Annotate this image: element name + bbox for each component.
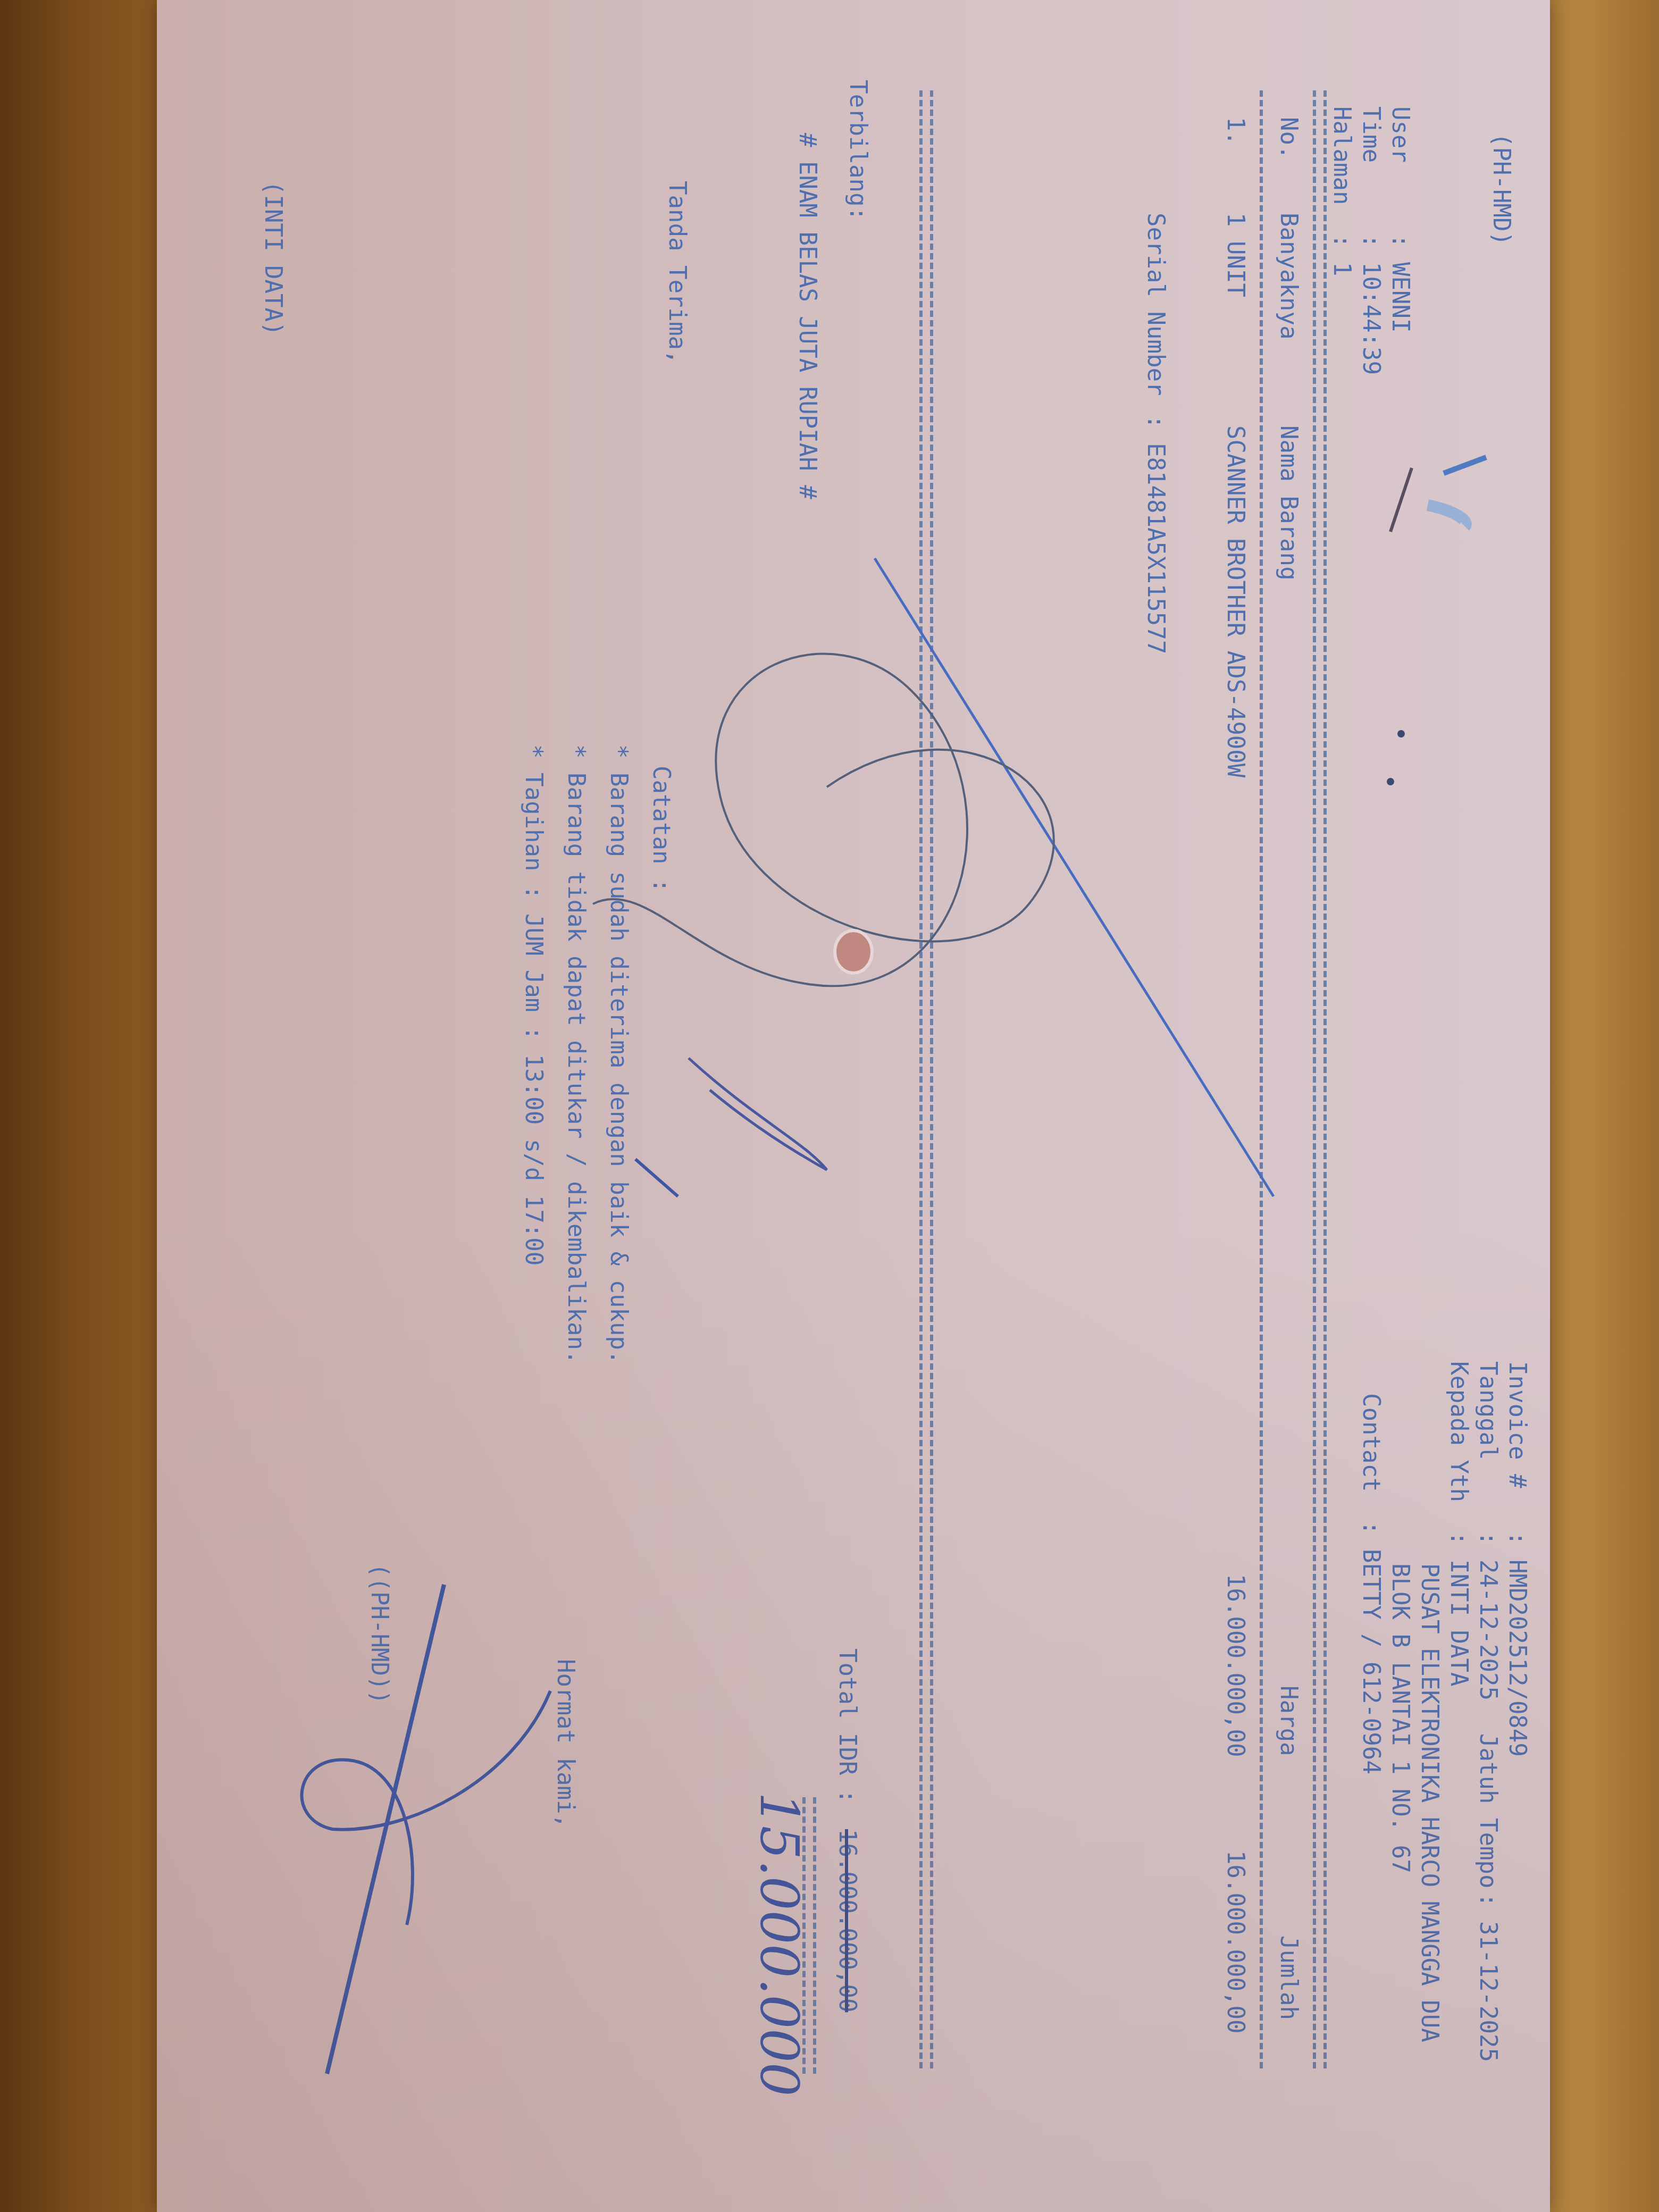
serial-number-value: : E81481A5X115577	[1144, 415, 1167, 654]
table-bottom-double-rule	[919, 90, 933, 2068]
issuer-signature-name: ((PH-HMD))	[367, 1563, 391, 1704]
row-amount: 16.000.000,00	[1224, 1850, 1247, 2033]
contact-value: : BETTY / 612-0964	[1359, 1521, 1382, 1774]
contact-label: Contact	[1359, 1393, 1382, 1492]
receiver-signature-label: Tanda Terima,	[665, 181, 689, 364]
invoice-number-value: : HMD202512/0849	[1505, 1531, 1529, 1757]
date-value: : 24-12-2025	[1476, 1531, 1499, 1700]
col-header-item-name: Nama Barang	[1277, 425, 1300, 580]
col-header-price: Harga	[1277, 1686, 1300, 1756]
notes-label: Catatan :	[649, 766, 673, 892]
time-label: Time	[1359, 106, 1382, 163]
table-top-double-rule	[1313, 90, 1327, 2068]
table-header-rule	[1260, 90, 1263, 2068]
handwritten-corrected-total: 15.000.000	[752, 1792, 806, 2097]
row-item-name: SCANNER BROTHER ADS-4900W	[1224, 425, 1247, 777]
row-quantity: 1 UNIT	[1224, 213, 1247, 297]
col-header-no: No.	[1277, 117, 1300, 159]
note-item: * Tagihan : JUM Jam : 13:00 s/d 17:00	[522, 744, 545, 1266]
due-date-value: : 31-12-2025	[1476, 1893, 1499, 2062]
col-header-quantity: Banyaknya	[1277, 213, 1300, 339]
amount-in-words-value: # ENAM BELAS JUTA RUPIAH #	[795, 133, 819, 499]
company-code: (PH-HMD)	[1489, 133, 1513, 246]
total-printed-value: 16.000.000,00	[835, 1829, 859, 2012]
receiver-signature-name: (INTI DATA)	[261, 181, 284, 336]
invoice-paper-photo: (PH-HMD) User : WENNI Time : 10:44:39 Ha…	[157, 0, 1550, 2212]
time-value: : 10:44:39	[1359, 234, 1382, 375]
issuer-signature-label: Hormat kami,	[554, 1659, 577, 1828]
invoice-document: (PH-HMD) User : WENNI Time : 10:44:39 Ha…	[157, 0, 1550, 2212]
col-header-amount: Jumlah	[1277, 1935, 1300, 2020]
row-price: 16.000.000,00	[1224, 1574, 1247, 1757]
user-value: : WENNI	[1388, 234, 1412, 332]
diagonal-strike-line	[875, 558, 1273, 1196]
paper-hole	[835, 931, 872, 973]
wood-table-right	[1531, 0, 1659, 2212]
wood-table-left	[0, 0, 160, 2212]
invoice-number-label: Invoice #	[1505, 1361, 1529, 1488]
recipient-value: : INTI DATA	[1447, 1531, 1470, 1686]
page-label: Halaman	[1330, 106, 1353, 205]
note-item: * Barang tidak dapat ditukar / dikembali…	[564, 744, 588, 1364]
amount-in-words-label: Terbilang:	[846, 80, 869, 221]
date-label: Tanggal	[1476, 1361, 1499, 1460]
page-value: : 1	[1330, 234, 1353, 276]
due-date-label: Jatuh Tempo	[1476, 1733, 1499, 1888]
address-line-1: PUSAT ELEKTRONIKA HARCO MANGGA DUA	[1418, 1563, 1441, 2042]
note-item: * Barang sudah diterima dengan baik & cu…	[607, 744, 630, 1364]
address-line-2: BLOK B LANTAI 1 NO. 67	[1388, 1563, 1412, 1873]
recipient-label: Kepada Yth	[1447, 1361, 1470, 1502]
serial-number-label: Serial Number	[1144, 213, 1167, 396]
issuer-signature	[302, 1691, 550, 1925]
total-label: Total IDR :	[835, 1648, 859, 1803]
user-label: User	[1388, 106, 1412, 163]
row-no: 1.	[1224, 117, 1247, 145]
